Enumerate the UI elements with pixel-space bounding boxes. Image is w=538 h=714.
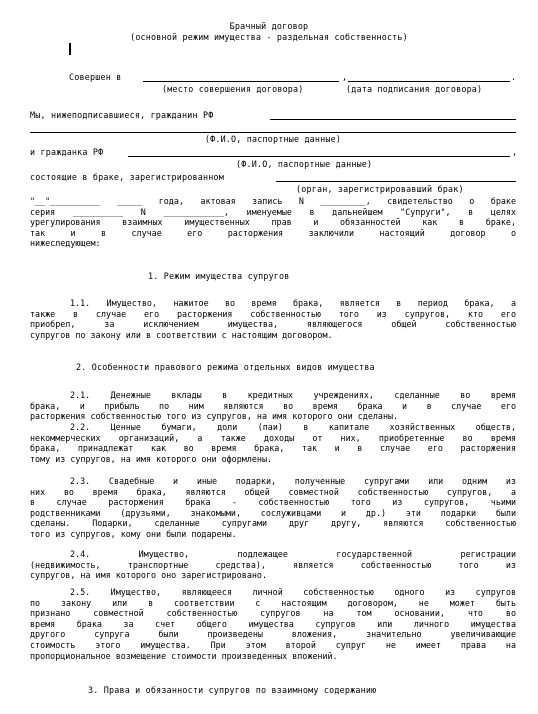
and-citizen-label: и гражданка РФ [30,147,103,157]
document-subtitle: (основной режим имущества - раздельная с… [0,32,538,42]
wife-field[interactable] [128,156,510,157]
husband-field-line-2[interactable] [30,132,516,133]
date-field[interactable] [348,81,510,82]
place-caption: (место совершения договора) [162,84,304,94]
section-3-heading: 3. Права и обязанности супругов по взаим… [88,685,376,695]
document-page: Брачный договор (основной режим имуществ… [0,0,538,714]
preamble-line: нижеследующем: [30,238,516,249]
paragraph-1-1: 1.1. Имущество, нажитое во время брака, … [30,298,516,340]
preamble-line: урегулирования взаимных имущественных пр… [30,217,516,228]
preamble-line: "__"__________ _____ года, актовая запис… [30,196,516,207]
comma-separator: , [342,72,347,82]
married-label: состоящие в браке, зарегистрированном [30,172,224,182]
preamble: "__"__________ _____ года, актовая запис… [30,196,516,249]
section-1-heading: 1. Режим имущества супругов [148,271,290,281]
paragraph-2-4: 2.4. Имущество, подлежащее государственн… [30,549,516,581]
place-field[interactable] [143,81,339,82]
husband-field-line-1[interactable] [270,119,516,120]
paragraph-2-2: 2.2. Ценные бумаги, доли (паи) в капитал… [30,422,516,464]
text-cursor [69,43,71,55]
document-title: Брачный договор [0,21,538,31]
made-in-label: Совершен в [69,72,121,82]
preamble-line: так и в случае его расторжения заключили… [30,228,516,239]
we-label: Мы, нижеподписавшиеся, гражданин РФ [30,110,213,120]
registry-organ-field[interactable] [276,181,516,182]
organ-caption: (орган, зарегистрировавший брак) [296,184,464,194]
paragraph-2-1: 2.1. Денежные вклады в кредитных учрежде… [30,390,516,422]
paragraph-2-3: 2.3. Свадебные и иные подарки, полученны… [30,476,516,540]
preamble-line: серия __________ N ____________, именуем… [30,207,516,218]
wife-fio-caption: (Ф.И.О, паспортные данные) [236,159,372,169]
date-caption: (дата подписания договора) [346,84,482,94]
paragraph-2-5: 2.5. Имущество, являющееся личной собств… [30,587,516,661]
comma-separator: , [512,147,517,157]
dot-separator: . [511,72,516,82]
husband-fio-caption: (Ф.И.О, паспортные данные) [30,134,516,144]
section-2-heading: 2. Особенности правового режима отдельны… [76,362,375,372]
